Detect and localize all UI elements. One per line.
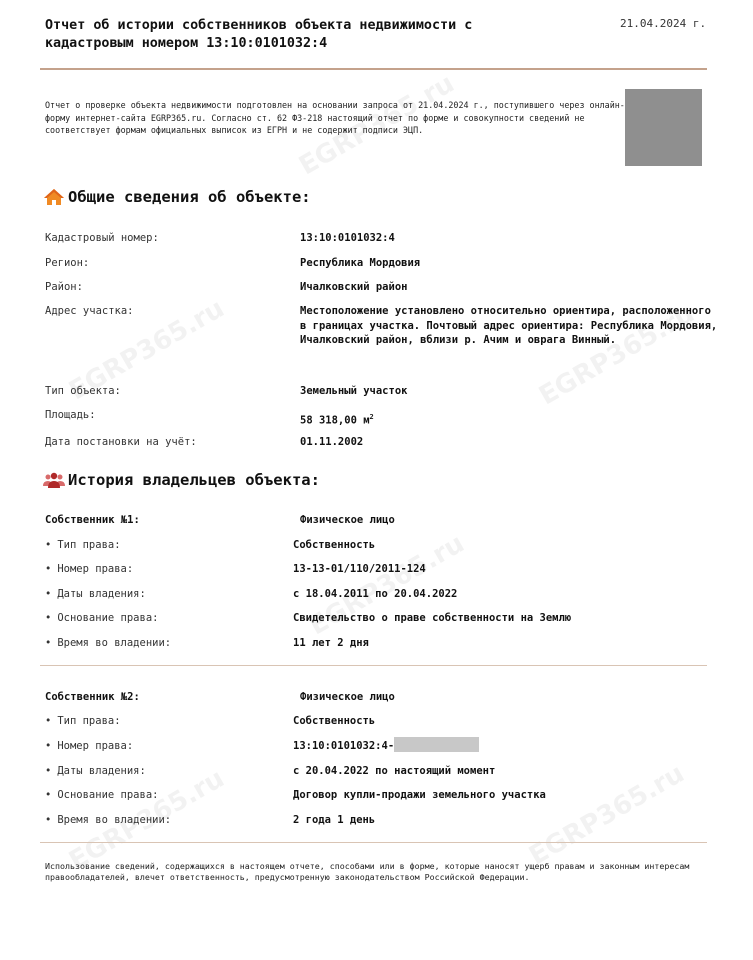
field-value-area: 58 318,00 м2 (300, 410, 374, 428)
owner-2-type: Физическое лицо (300, 691, 395, 703)
owner-2-value-right-number: 13:10:0101032:4- (293, 740, 479, 752)
intro-text: Отчет о проверке объекта недвижимости по… (45, 99, 625, 137)
owner-2-value-duration: 2 года 1 день (293, 814, 375, 826)
owner-2-value-dates: с 20.04.2022 по настоящий момент (293, 765, 495, 777)
field-value-address: Местоположение установлено относительно … (300, 304, 720, 348)
owner-1-value-right-type: Собственность (293, 539, 375, 551)
owner-1-label-right-type: Тип права: (45, 539, 121, 551)
owner-2-value-right-type: Собственность (293, 715, 375, 727)
field-value-district: Ичалковский район (300, 280, 407, 295)
field-label-cadastral: Кадастровый номер: (45, 232, 159, 244)
owner-1-value-right-number: 13-13-01/110/2011-124 (293, 563, 426, 575)
footer-disclaimer: Использование сведений, содержащихся в н… (45, 861, 715, 882)
users-icon (43, 471, 65, 489)
owner-1-label-duration: Время во владении: (45, 637, 171, 649)
owner-2-label-dates: Даты владения: (45, 765, 146, 777)
general-section-heading: Общие сведения об объекте: (43, 188, 311, 206)
field-label-region: Регион: (45, 257, 89, 269)
field-value-region: Республика Мордовия (300, 256, 420, 271)
field-value-registration-date: 01.11.2002 (300, 435, 363, 450)
field-label-area: Площадь: (45, 409, 96, 421)
house-icon (43, 188, 65, 206)
owner-2-label-right-number: Номер права: (45, 740, 133, 752)
report-date: 21.04.2024 г. (620, 17, 706, 30)
field-label-address: Адрес участка: (45, 305, 134, 317)
owner-2-title: Собственник №2: (45, 691, 140, 703)
owner-divider (40, 665, 707, 666)
redacted-image (625, 89, 702, 166)
field-label-registration-date: Дата постановки на учёт: (45, 436, 197, 448)
owner-1-type: Физическое лицо (300, 514, 395, 526)
field-label-district: Район: (45, 281, 83, 293)
owner-1-value-basis: Свидетельство о праве собственности на З… (293, 612, 571, 624)
owner-1-value-dates: с 18.04.2011 по 20.04.2022 (293, 588, 457, 600)
field-value-object-type: Земельный участок (300, 384, 407, 399)
owner-2-label-duration: Время во владении: (45, 814, 171, 826)
area-value: 58 318,00 м (300, 415, 370, 427)
redacted-block (394, 737, 479, 752)
area-unit-sup: 2 (370, 413, 374, 421)
history-section-heading: История владельцев объекта: (43, 471, 320, 489)
owner-1-label-dates: Даты владения: (45, 588, 146, 600)
general-heading-text: Общие сведения об объекте: (68, 188, 311, 206)
report-title: Отчет об истории собственников объекта н… (45, 17, 565, 53)
watermark: EGRP365.ru (524, 759, 689, 872)
owner-2-label-basis: Основание права: (45, 789, 158, 801)
header-divider (40, 68, 707, 70)
owner-1-title: Собственник №1: (45, 514, 140, 526)
owner-1-label-basis: Основание права: (45, 612, 158, 624)
field-label-object-type: Тип объекта: (45, 385, 121, 397)
footer-divider (40, 842, 707, 843)
owner-2-value-basis: Договор купли-продажи земельного участка (293, 789, 546, 801)
field-value-cadastral: 13:10:0101032:4 (300, 231, 395, 246)
owner-1-label-right-number: Номер права: (45, 563, 133, 575)
owner-2-right-number-text: 13:10:0101032:4- (293, 740, 394, 752)
history-heading-text: История владельцев объекта: (68, 471, 320, 489)
owner-1-value-duration: 11 лет 2 дня (293, 637, 369, 649)
owner-2-label-right-type: Тип права: (45, 715, 121, 727)
